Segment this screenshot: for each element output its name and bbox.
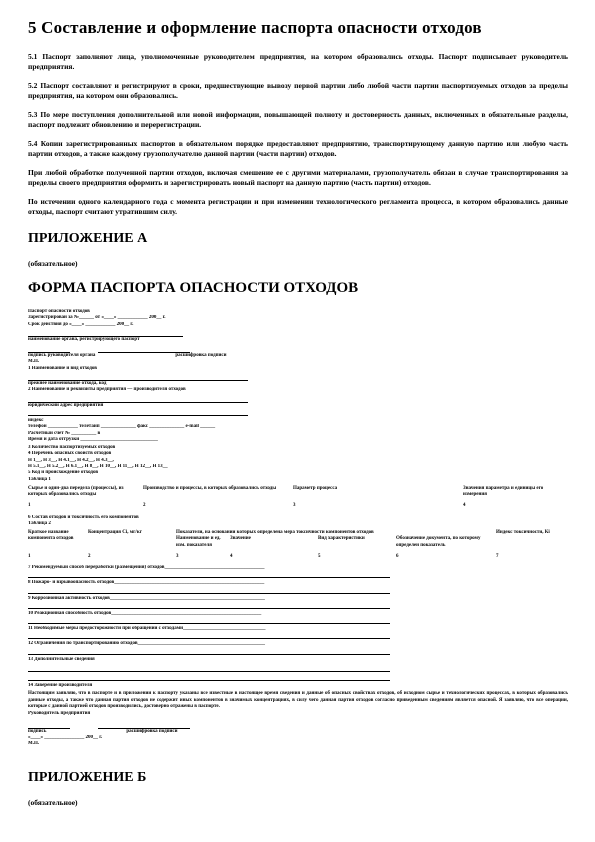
- paragraph-processing: При любой обработке полученной партии от…: [28, 168, 568, 188]
- blank-line: [28, 573, 390, 578]
- table2-colnum-3: 3: [176, 554, 226, 560]
- table2-col-concentration: Концентрация Сi, мг/кг: [88, 530, 172, 549]
- paragraph-5-2: 5.2 Паспорт составляют и регистрируют в …: [28, 81, 568, 101]
- form-item-1: 1 Наименование и вид отходов: [28, 366, 568, 372]
- table2-colnum-2: 2: [88, 554, 172, 560]
- form-item-12: 12 Ограничения по транспортированию отхо…: [28, 641, 568, 647]
- table1-colnum-3: 3: [293, 503, 453, 509]
- appendix-b-note: (обязательное): [28, 798, 568, 807]
- form-item-10: 10 Реакционная способность отходов______…: [28, 611, 568, 617]
- passport-form-title: ФОРМА ПАСПОРТА ОПАСНОСТИ ОТХОДОВ: [28, 280, 568, 297]
- blank-line: [28, 619, 390, 624]
- item2-caption: юридический адрес предприятия: [28, 403, 568, 409]
- document-page: 5 Составление и оформление паспорта опас…: [0, 0, 595, 842]
- registering-org-caption: наименование органа, регистрирующего пас…: [28, 337, 568, 343]
- table2-col-component: Краткое название компонента отходов: [28, 530, 84, 549]
- form-item-2: 2 Наименование и реквизиты предприятия —…: [28, 387, 568, 393]
- table2-sub-indicator-name: Наименование и ед. изм. показателя: [176, 536, 226, 548]
- table2-sub-characteristic: Вид характеристики: [318, 536, 392, 548]
- table1-col-value: Значения параметра и единицы его измерен…: [463, 486, 568, 498]
- form-item-7: 7 Рекомендуемый способ переработки (разм…: [28, 565, 568, 571]
- paragraph-5-1: 5.1 Паспорт заполняют лица, уполномоченн…: [28, 52, 568, 72]
- form-item-11: 11 Необходимые меры предосторожности при…: [28, 626, 568, 632]
- form-item-14: 14 Заверение производителя: [28, 683, 568, 689]
- table2-colnum-7: 7: [496, 554, 568, 560]
- stamp-mark-2: М.П.: [28, 741, 568, 747]
- table2-colnum-5: 5: [318, 554, 392, 560]
- appendix-b-heading: ПРИЛОЖЕНИЕ Б: [28, 770, 568, 786]
- table2-sub-document: Обозначение документа, по которому опред…: [396, 536, 492, 548]
- table2-header: Краткое название компонента отходов Конц…: [28, 530, 568, 560]
- table1-colnum-2: 2: [143, 503, 283, 509]
- shipment-line: Время и дата отгрузки __________________…: [28, 437, 568, 443]
- blank-line: [28, 411, 248, 416]
- table1-colnum-4: 4: [463, 503, 568, 509]
- org-sign-decipher-caption: расшифровка подписи: [175, 353, 226, 359]
- section-title: 5 Составление и оформление паспорта опас…: [28, 18, 568, 38]
- table1-label: Таблица 1: [28, 477, 568, 483]
- table2-colnum-4: 4: [230, 554, 314, 560]
- blank-line: [28, 676, 390, 681]
- blank-line: [28, 667, 390, 672]
- blank-line: [28, 650, 390, 655]
- form-item-9: 9 Коррозионная активность отходов_______…: [28, 596, 568, 602]
- table2-colnum-1: 1: [28, 554, 84, 560]
- table2-sub-value: Значение: [230, 536, 314, 548]
- attestation-text: Настоящим заявляю, что в паспорте и в пр…: [28, 691, 568, 710]
- table2-colnum-6: 6: [396, 554, 492, 560]
- blank-line: [28, 604, 390, 609]
- appendix-a-heading: ПРИЛОЖЕНИЕ А: [28, 231, 568, 247]
- table1-colnum-1: 1: [28, 503, 133, 509]
- form-item-8: 8 Пожаро- и взрывоопасность отходов_____…: [28, 580, 568, 586]
- paragraph-5-4: 5.4 Копии зарегистрированных паспортов в…: [28, 139, 568, 159]
- table1-col-parameter: Параметр процесса: [293, 486, 453, 498]
- table1-header: Сырье и один-два передела (процессы), из…: [28, 486, 568, 510]
- signature-decipher-caption: расшифровка подписи: [126, 729, 177, 735]
- table1-col-raw-materials: Сырье и один-два передела (процессы), из…: [28, 486, 133, 498]
- paragraph-expiry: По истечении одного календарного года с …: [28, 197, 568, 217]
- passport-form: Паспорт опасности отходов Зарегистрирова…: [28, 309, 568, 748]
- form-item-13: 13 Дополнительные сведения: [28, 657, 568, 663]
- blank-line: [28, 589, 390, 594]
- head-caption: Руководитель предприятия: [28, 711, 568, 717]
- table2-col-toxicity-index: Индекс токсичности, Кi: [496, 530, 568, 549]
- table2-label: Таблица 2: [28, 521, 568, 527]
- paragraph-5-3: 5.3 По мере поступления дополнительной и…: [28, 110, 568, 130]
- table1-col-process: Производство и процессы, в которых образ…: [143, 486, 283, 498]
- validity-line: Срок действия до «____» ____________ 200…: [28, 322, 568, 328]
- blank-line: [28, 634, 390, 639]
- appendix-a-note: (обязательное): [28, 259, 568, 268]
